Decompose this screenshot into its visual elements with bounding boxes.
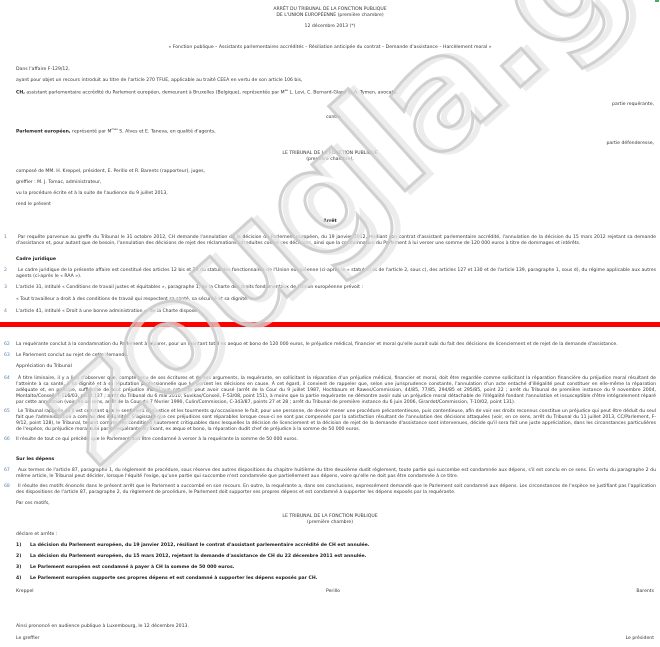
paragraph-text: Il résulte des motifs énoncés dans le pr… xyxy=(16,484,656,496)
paragraph-number: 1 xyxy=(4,235,7,241)
defendant-name: Parlement européen, xyxy=(16,130,71,135)
dispositif-item: 1)La décision du Parlement européen, du … xyxy=(16,543,370,549)
item-text: Le Parlement européen est condamné à pay… xyxy=(30,565,234,570)
quote-text: « Tout travailleur a droit à des conditi… xyxy=(16,297,656,303)
defendant-line: Parlement européen, représenté par Mmes … xyxy=(16,128,216,136)
paragraph-text: Il résulte de tout ce qui précède que le… xyxy=(16,437,656,443)
paragraph-text: Le Tribunal rappelle qu'il est constant … xyxy=(16,409,656,433)
par-ces-motifs: Par ces motifs, xyxy=(16,501,50,507)
paragraph-text: À titre liminaire, il y a lieu d'observe… xyxy=(16,376,656,406)
item-text: La décision du Parlement européen, du 15… xyxy=(30,554,366,559)
applicant-rest: L. Levi, C. Bernard-Glanz et A. Tymen, a… xyxy=(288,91,397,96)
paragraph-text: Aux termes de l'article 87, paragraphe 1… xyxy=(16,468,656,480)
dispositif-item: 4)Le Parlement européen supporte ses pro… xyxy=(16,576,317,582)
paragraph-number: 66 xyxy=(4,437,10,443)
defendant-desc: représenté par M xyxy=(71,130,112,135)
item-number: 4) xyxy=(16,576,30,582)
item-text: La décision du Parlement européen, du 19… xyxy=(30,543,370,548)
applicant-role: partie requérante, xyxy=(612,102,654,108)
tribunal-procedure: vu la procédure écrite et à la suite de … xyxy=(16,191,168,197)
paragraph-number: 65 xyxy=(4,409,10,415)
tribunal-heading-line2: (première chambre), xyxy=(0,157,660,163)
item-number: 1) xyxy=(16,543,30,549)
corner-indicator xyxy=(655,0,659,2)
dispositif-item: 2)La décision du Parlement européen, du … xyxy=(16,554,366,560)
arret-heading: Arrêt xyxy=(0,219,660,225)
paragraph-text: L'article 41, intitulé « Droit à une bon… xyxy=(16,309,656,315)
tribunal-composition: composé de MM. H. Kreppel, président, E.… xyxy=(16,169,205,175)
case-object: ayant pour objet un recours introduit au… xyxy=(16,78,302,84)
dispositif-item: 3)Le Parlement européen est condamné à p… xyxy=(16,565,234,571)
paragraph-text: La requérante conclut à la condamnation … xyxy=(16,342,656,348)
defendant-role: partie défenderesse, xyxy=(606,141,654,147)
subheading-appreciation: Appréciation du Tribunal xyxy=(16,364,656,370)
dispositif-heading-line2: (première chambre) xyxy=(0,520,660,526)
defendant-rest: S. Alves et E. Taneva, en qualité d'agen… xyxy=(118,130,216,135)
signature-greffier: Le greffier xyxy=(16,636,39,642)
applicant-desc: assistant parlementaire accrédité du Par… xyxy=(25,91,285,96)
applicant-line: CH, assistant parlementaire accrédité du… xyxy=(16,89,397,97)
signature-judge2: Perillo xyxy=(326,589,340,595)
paragraph-number: 64 xyxy=(4,376,10,382)
paragraph-number: 68 xyxy=(4,484,10,490)
pronounced-line: Ainsi prononcé en audience publique à Lu… xyxy=(16,624,189,630)
paragraph-number: 62 xyxy=(4,342,10,348)
document-title-line2: DE L'UNION EUROPÉENNE (première chambre) xyxy=(0,13,660,19)
paragraph-number: 2 xyxy=(4,268,7,274)
paragraph-number: 67 xyxy=(4,468,10,474)
red-separator xyxy=(0,322,660,327)
judgment-document: ARRÊT DU TRIBUNAL DE LA FONCTION PUBLIQU… xyxy=(0,0,660,647)
case-number: Dans l'affaire F-129/12, xyxy=(16,67,70,73)
contre-label: contre xyxy=(326,115,341,121)
signature-judge3: Barents xyxy=(636,589,654,595)
signature-president: Le président xyxy=(626,636,654,642)
dispositif-intro: déclare et arrête : xyxy=(16,532,57,538)
cadre-heading: Cadre juridique xyxy=(16,257,56,263)
paragraph-text: Par requête parvenue au greffe du Tribun… xyxy=(16,235,656,247)
paragraph-number: 3 xyxy=(4,285,7,291)
applicant-name: CH, xyxy=(16,91,25,96)
tribunal-greffier: greffier : M. J. Tomac, administrateur, xyxy=(16,180,101,186)
paragraph-text: Le cadre juridique de la présente affair… xyxy=(16,268,656,280)
item-number: 3) xyxy=(16,565,30,571)
signature-judge1: Kreppel xyxy=(16,589,34,595)
tribunal-rend: rend le présent xyxy=(16,202,51,208)
item-text: Le Parlement européen supporte ses propr… xyxy=(30,576,317,581)
document-subject: « Fonction publique – Assistants parleme… xyxy=(0,45,660,51)
paragraph-text: L'article 31, intitulé « Conditions de t… xyxy=(16,285,656,291)
paragraph-number: 63 xyxy=(4,353,10,359)
document-date: 12 décembre 2013 (*) xyxy=(0,24,660,30)
paragraph-text: Le Parlement conclut au rejet de cette d… xyxy=(16,353,656,359)
paragraph-number: 4 xyxy=(4,309,7,315)
depens-heading: Sur les dépens xyxy=(16,457,54,463)
item-number: 2) xyxy=(16,554,30,560)
